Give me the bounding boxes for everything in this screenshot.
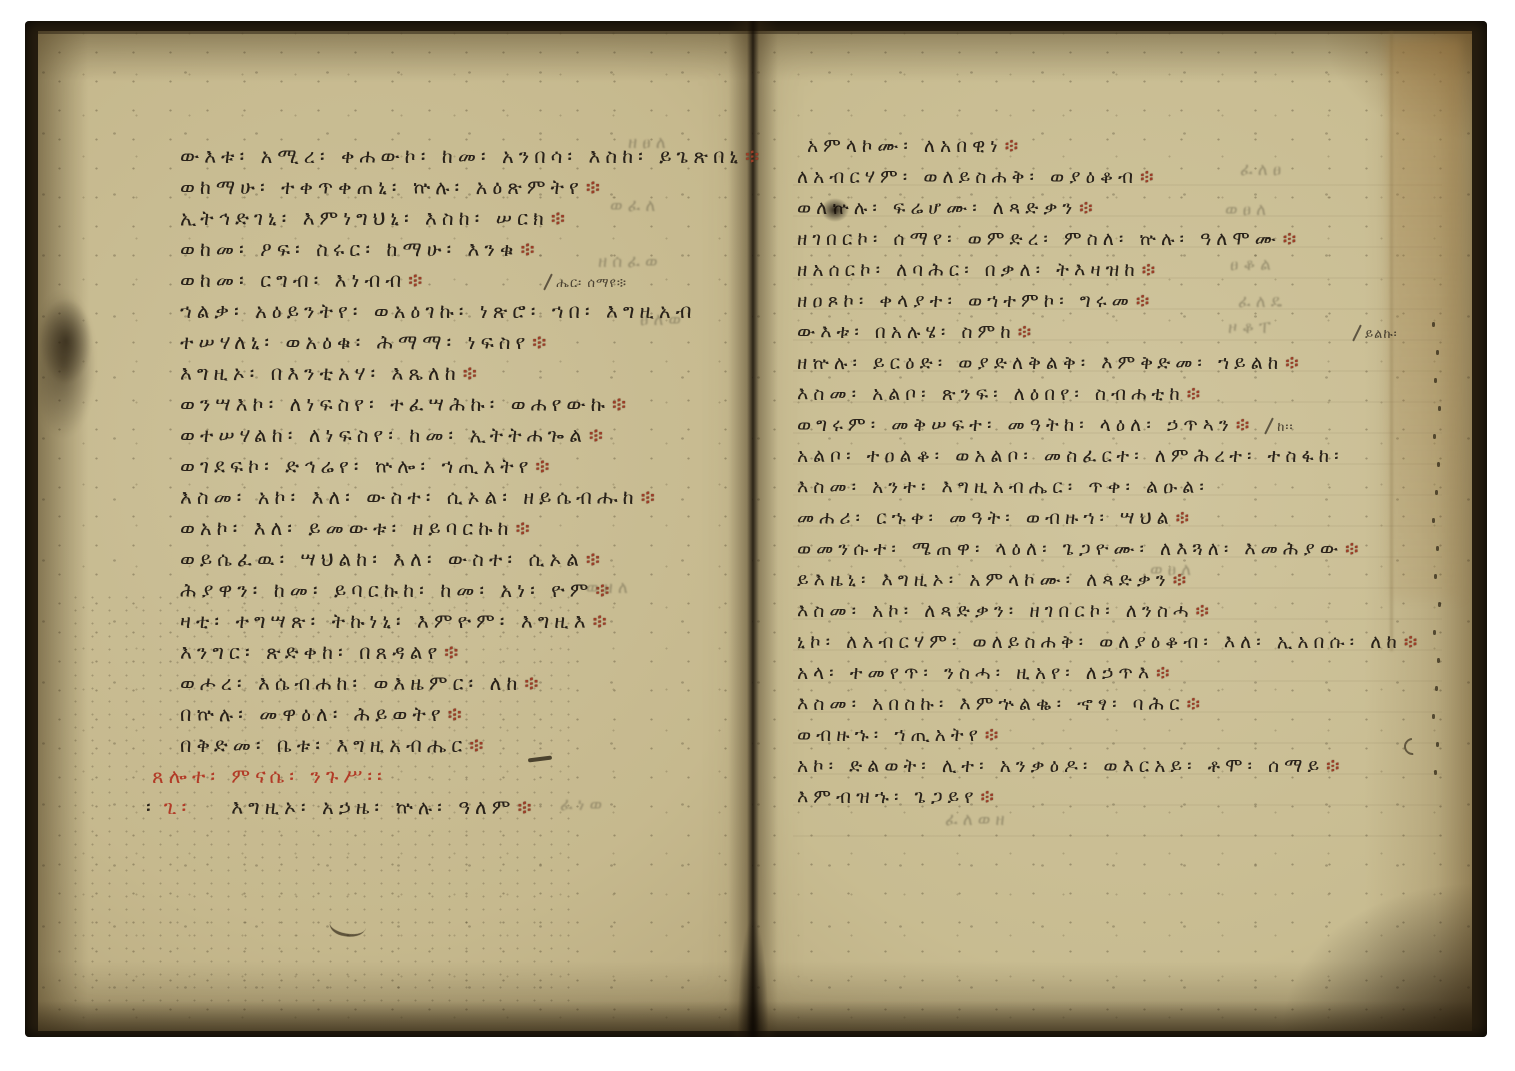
- text-line: ወከመ፡ ርግብ፡ እነብብ፨ሔር፡ ሰማየ፨: [180, 267, 760, 298]
- text-line: ወብዙኁ፡ ኀጢአትየ፨: [797, 722, 1457, 753]
- geez-text: በኵሉ፡ መዋዕለ፡ ሕይወትየ: [180, 702, 446, 726]
- verse-end-mark: ፨: [1136, 290, 1154, 312]
- geez-text: ወከመ፡ ዖፍ፡ ስሩር፡ ከማሁ፡ እንቁ: [180, 237, 519, 261]
- geez-text: እምብዝኁ፡ ጌጋይየ: [797, 786, 979, 808]
- geez-text: እግዚኦ፡ አኃዜ፡ ኵሉ፡ ዓለም: [231, 795, 515, 819]
- prick-mark: [1434, 574, 1437, 579]
- verse-end-mark: ፨: [745, 144, 764, 168]
- verse-end-mark: ፨: [469, 733, 488, 757]
- text-line: ዘዐጾኮ፡ ቀላያተ፡ ወኀተምኮ፡ ግሩመ፨: [797, 288, 1457, 319]
- prick-mark: [1432, 322, 1435, 327]
- geez-text: ውእቱ፡ አሚረ፡ ቀሐውኮ፡ ከመ፡ አንበሳ፡ እስከ፡ ይጌጽበኒ: [180, 144, 743, 168]
- geez-text: ወገደፍኮ፡ ድኅሬየ፡ ኵሎ፡ ኀጢአትየ: [180, 454, 533, 478]
- red-initial-numeral: ጊ፡: [164, 795, 192, 819]
- edge-stain-dark: [40, 299, 92, 383]
- verse-end-mark: ፨: [1326, 755, 1344, 777]
- line-prefix-mark: ፡: [146, 795, 156, 819]
- verse-end-mark: ፨: [1173, 569, 1191, 591]
- text-line: ወአኮ፡ እለ፡ ይመውቱ፡ ዘይባርኩከ፨: [180, 515, 760, 546]
- text-line: ወሖረ፡ እሴብሐከ፡ ወእዜምር፡ ለከ፨: [180, 670, 760, 701]
- text-line: ኢትኅድገኒ፡ እምነግህኒ፡ እስከ፡ ሠርክ፨: [180, 205, 760, 236]
- verse-end-mark: ፨: [1176, 507, 1194, 529]
- verse-end-mark: ፨: [1079, 197, 1097, 219]
- geez-text: እስመ፡ አኮ፡ ለጻድቃን፡ ዘገበርኮ፡ ለንስሓ: [797, 600, 1194, 622]
- text-line: ኒኮ፡ ለአብርሃም፡ ወለይስሐቅ፡ ወለያዕቆብ፡ እለ፡ ኢአበሱ፡ ለከ…: [797, 629, 1457, 660]
- page-top-edge: [38, 31, 753, 34]
- text-line: ውእቱ፡ በአሉሄ፡ ስምከ፨ይልኩ፡: [797, 319, 1457, 350]
- text-line: ወተሠሃልከ፡ ለነፍስየ፡ ከመ፡ ኢትትሐጐል፨: [180, 422, 760, 453]
- geez-text: ኒኮ፡ ለአብርሃም፡ ወለይስሐቅ፡ ወለያዕቆብ፡ እለ፡ ኢአበሱ፡ ለከ: [797, 631, 1402, 653]
- corner-stain-bottom-right: [1202, 821, 1472, 1031]
- text-line: አላ፡ ተመየጥ፡ ንስሓ፡ ዚአየ፡ ለኃጥእ፨: [797, 660, 1457, 691]
- text-line: እስመ፡ አኮ፡ ለጻድቃን፡ ዘገበርኮ፡ ለንስሓ፨: [797, 598, 1457, 629]
- geez-text: ወተሠሃልከ፡ ለነፍስየ፡ ከመ፡ ኢትትሐጐል: [180, 423, 587, 447]
- text-line: ፡ጊ፡እግዚኦ፡ አኃዜ፡ ኵሉ፡ ዓለም፨: [146, 794, 760, 825]
- verse-end-mark: ፨: [595, 578, 614, 602]
- verse-end-mark: ፨: [1283, 228, 1301, 250]
- text-line: በኵሉ፡ መዋዕለ፡ ሕይወትየ፨: [180, 701, 760, 732]
- verse-end-mark: ፨: [463, 361, 482, 385]
- geez-text: አልቦ፡ ተዐልቆ፡ ወአልቦ፡ መስፈርተ፡ ለምሕረተ፡ ተስፋከ፡: [797, 445, 1344, 467]
- verse-end-mark: ፨: [1196, 600, 1214, 622]
- verse-end-mark: ፨: [1404, 631, 1422, 653]
- geez-text: ወንሣእኮ፡ ለነፍስየ፡ ተፈሣሕኩ፡ ወሐየውኩ: [180, 392, 610, 416]
- text-line: እንግር፡ ጽድቀከ፡ በጸዳልየ፨: [180, 639, 760, 670]
- text-line: ለአብርሃም፡ ወለይስሐቅ፡ ወያዕቆብ፨: [797, 164, 1457, 195]
- verse-end-mark: ፨: [1345, 538, 1363, 560]
- text-line: አልቦ፡ ተዐልቆ፡ ወአልቦ፡ መስፈርተ፡ ለምሕረተ፡ ተስፋከ፡: [797, 443, 1457, 474]
- text-line: ሕያዋን፡ ከመ፡ ይባርኩከ፡ ከመ፡ አነ፡ ዮም፨: [180, 577, 760, 608]
- edge-stain: [38, 269, 130, 479]
- verse-end-mark: ፨: [1142, 259, 1160, 281]
- verse-end-mark: ፨: [444, 640, 463, 664]
- prick-marks-column: [1432, 322, 1448, 822]
- insertion-mark-icon: [1352, 324, 1362, 341]
- geez-text: ወከማሁ፡ ተቀጥቀጠኒ፡ ኵሉ፡ አዕጽምትየ: [180, 175, 584, 199]
- prick-mark: [1438, 406, 1441, 411]
- marginal-correction: ይልኩ፡: [1356, 327, 1398, 342]
- prick-mark: [1436, 546, 1439, 551]
- verse-end-mark: ፨: [1187, 383, 1205, 405]
- text-line: እምብዝኁ፡ ጌጋይየ፨: [797, 784, 1457, 815]
- text-line: አምላኮሙ፡ ለአበዊነ፨: [807, 133, 1457, 164]
- text-line: እስመ፡ አልቦ፡ ጽንፍ፡ ለዕበየ፡ ስብሐቲከ፨: [797, 381, 1457, 412]
- verse-end-mark: ፨: [535, 454, 554, 478]
- text-line: ዘአሰርኮ፡ ለባሕር፡ በቃለ፡ ትእዛዝከ፨: [797, 257, 1457, 288]
- geez-text: ለአብርሃም፡ ወለይስሐቅ፡ ወያዕቆብ: [797, 166, 1138, 188]
- prick-mark: [1435, 490, 1438, 495]
- geez-text: ውእቱ፡ በአሉሄ፡ ስምከ: [797, 321, 1016, 343]
- geez-text: መሐሪ፡ ርኁቀ፡ መዓት፡ ወብዙኀ፡ ሣህል: [797, 507, 1174, 529]
- bottom-edge-shadow: [38, 1001, 753, 1031]
- verse-end-mark: ፨: [612, 392, 631, 416]
- marginal-correction: ከ፡፡: [1268, 420, 1293, 435]
- text-line: ዘገበርኮ፡ ሰማየ፡ ወምድረ፡ ምስለ፡ ኵሉ፡ ዓለሞሙ፨: [797, 226, 1457, 257]
- text-line: ወይሴፈዉ፡ ሣህልከ፡ እለ፡ ውስተ፡ ሲኦል፨: [180, 546, 760, 577]
- geez-text: ዘኵሉ፡ ይርዕድ፡ ወያድለቅልቅ፡ እምቅድመ፡ ኀይልከ: [797, 352, 1283, 374]
- verse-end-mark: ፨: [551, 206, 570, 230]
- text-line: መሐሪ፡ ርኁቀ፡ መዓት፡ ወብዙኀ፡ ሣህል፨: [797, 505, 1457, 536]
- geez-text: ይእዜኒ፡ እግዚኦ፡ አምላኮሙ፡ ለጻድቃን: [797, 569, 1171, 591]
- geez-text: በቅድመ፡ ቤቱ፡ እግዚአብሔር: [180, 733, 467, 757]
- geez-text: ተሠሃለኒ፡ ወአዕቁ፡ ሕማማ፡ ነፍስየ: [180, 330, 530, 354]
- verse-end-mark: ፨: [1285, 352, 1303, 374]
- geez-text: ዘአሰርኮ፡ ለባሕር፡ በቃለ፡ ትእዛዝከ: [797, 259, 1140, 281]
- text-line: ወለኵሉ፡ ፍሬሆሙ፡ ለጻድቃን፨: [797, 195, 1457, 226]
- verse-end-mark: ፨: [589, 423, 608, 447]
- marginal-text: ከ፡፡: [1277, 420, 1293, 435]
- prick-mark: [1437, 658, 1440, 663]
- prick-mark: [1432, 714, 1435, 719]
- geez-text: ኢትኅድገኒ፡ እምነግህኒ፡ እስከ፡ ሠርክ: [180, 206, 549, 230]
- geez-text: ወከመ፡ ርግብ፡ እነብብ: [180, 268, 406, 292]
- verse-end-mark: ፨: [981, 786, 999, 808]
- geez-text: ጸሎተ፡ ምናሴ፡ ንጉሥ፡፡: [152, 764, 387, 788]
- geez-text: እስመ፡ አበስኩ፡ እምኍልቈ፡ ኆፃ፡ ባሕር: [797, 693, 1185, 715]
- prick-mark: [1434, 378, 1437, 383]
- manuscript-photo: ውእቱ፡ አሚረ፡ ቀሐውኮ፡ ከመ፡ አንበሳ፡ እስከ፡ ይጌጽበኒ፨ወከማ…: [0, 0, 1515, 1071]
- text-line: እስመ፡ አንተ፡ እግዚአብሔር፡ ጥቀ፡ ልዑል፡: [797, 474, 1457, 505]
- prick-mark: [1438, 602, 1441, 607]
- marginal-text: ሔር፡ ሰማየ፨: [556, 276, 627, 291]
- verse-end-mark: ፨: [524, 671, 543, 695]
- verse-end-mark: ፨: [1140, 166, 1158, 188]
- bottom-edge-shadow: [753, 1001, 1472, 1031]
- page-top-edge: [753, 31, 1472, 34]
- geez-text: እስመ፡ አኮ፡ እለ፡ ውስተ፡ ሲኦል፡ ዘይሴብሑከ: [180, 485, 639, 509]
- prick-mark: [1433, 630, 1436, 635]
- prick-mark: [1436, 742, 1439, 747]
- verse-end-mark: ፨: [1156, 662, 1174, 684]
- right-text-block: አምላኮሙ፡ ለአበዊነ፨ለአብርሃም፡ ወለይስሐቅ፡ ወያዕቆብ፨ወለኵሉ፡…: [797, 133, 1457, 815]
- text-line: እስመ፡ አበስኩ፡ እምኍልቈ፡ ኆፃ፡ ባሕር፨: [797, 691, 1457, 722]
- text-line: ተሠሃለኒ፡ ወአዕቁ፡ ሕማማ፡ ነፍስየ፨: [180, 329, 760, 360]
- prick-mark: [1434, 770, 1437, 775]
- text-line: እግዚኦ፡ በእንቲአሃ፡ እጼለከ፨: [180, 360, 760, 391]
- geez-text: እግዚኦ፡ በእንቲአሃ፡ እጼለከ: [180, 361, 461, 385]
- verse-end-mark: ፨: [1236, 414, 1254, 436]
- verse-end-mark: ፨: [1018, 321, 1036, 343]
- marginal-correction: ሔር፡ ሰማየ፨: [547, 276, 627, 291]
- text-line: ወንሣእኮ፡ ለነፍስየ፡ ተፈሣሕኩ፡ ወሐየውኩ፨: [180, 391, 760, 422]
- text-line: ወከማሁ፡ ተቀጥቀጠኒ፡ ኵሉ፡ አዕጽምትየ፨: [180, 174, 760, 205]
- verse-end-mark: ፨: [586, 547, 605, 571]
- text-line: ዘኵሉ፡ ይርዕድ፡ ወያድለቅልቅ፡ እምቅድመ፡ ኀይልከ፨: [797, 350, 1457, 381]
- verse-end-mark: ፨: [593, 609, 612, 633]
- geez-text: እስመ፡ አልቦ፡ ጽንፍ፡ ለዕበየ፡ ስብሐቲከ: [797, 383, 1185, 405]
- prick-mark: [1437, 462, 1440, 467]
- prick-mark: [1435, 686, 1438, 691]
- text-line: ኀልቃ፡ አዕይንትየ፡ ወአዕገኩ፡ ነጽሮ፡ ኀበ፡ እግዚአብ: [180, 298, 760, 329]
- prick-mark: [1433, 434, 1436, 439]
- geez-text: ወሖረ፡ እሴብሐከ፡ ወእዜምር፡ ለከ: [180, 671, 522, 695]
- marginal-text: ይልኩ፡: [1365, 327, 1398, 342]
- insertion-mark-icon: [1264, 417, 1274, 434]
- geez-text: እስመ፡ አንተ፡ እግዚአብሔር፡ ጥቀ፡ ልዑል፡: [797, 476, 1209, 498]
- text-line: ውእቱ፡ አሚረ፡ ቀሐውኮ፡ ከመ፡ አንበሳ፡ እስከ፡ ይጌጽበኒ፨: [180, 143, 760, 174]
- verse-end-mark: ፨: [517, 795, 536, 819]
- text-line: እስመ፡ አኮ፡ እለ፡ ውስተ፡ ሲኦል፡ ዘይሴብሑከ፨: [180, 484, 760, 515]
- text-line: ይእዜኒ፡ እግዚኦ፡ አምላኮሙ፡ ለጻድቃን፨: [797, 567, 1457, 598]
- geez-text: አምላኮሙ፡ ለአበዊነ: [807, 135, 1003, 157]
- geez-text: ኀልቃ፡ አዕይንትየ፡ ወአዕገኩ፡ ነጽሮ፡ ኀበ፡ እግዚአብ: [180, 299, 697, 323]
- geez-text: አላ፡ ተመየጥ፡ ንስሓ፡ ዚአየ፡ ለኃጥእ: [797, 662, 1154, 684]
- ink-blot: [821, 198, 849, 222]
- text-line: ወግሩም፡ መቅሠፍተ፡ መዓትከ፡ ላዕለ፡ ኃጥኣን፨ከ፡፡: [797, 412, 1457, 443]
- text-line: አኮ፡ ድልወት፡ ሊተ፡ አንቃዕዶ፡ ወእርአይ፡ ቶሞ፡ ሰማይ፨: [797, 753, 1457, 784]
- verse-end-mark: ፨: [641, 485, 660, 509]
- geez-text: ዛቲ፡ ተግሣጽ፡ ትኩነኒ፡ እምዮም፡ እግዚእ: [180, 609, 591, 633]
- text-line: ወገደፍኮ፡ ድኅሬየ፡ ኵሎ፡ ኀጢአትየ፨: [180, 453, 760, 484]
- verse-end-mark: ፨: [1005, 135, 1023, 157]
- text-line: ዛቲ፡ ተግሣጽ፡ ትኩነኒ፡ እምዮም፡ እግዚእ፨: [180, 608, 760, 639]
- geez-text: ወአኮ፡ እለ፡ ይመውቱ፡ ዘይባርኩከ: [180, 516, 514, 540]
- left-text-block: ውእቱ፡ አሚረ፡ ቀሐውኮ፡ ከመ፡ አንበሳ፡ እስከ፡ ይጌጽበኒ፨ወከማ…: [180, 143, 760, 825]
- geez-text: ዘዐጾኮ፡ ቀላያተ፡ ወኀተምኮ፡ ግሩመ: [797, 290, 1134, 312]
- verse-end-mark: ፨: [408, 268, 427, 292]
- geez-text: እንግር፡ ጽድቀከ፡ በጸዳልየ: [180, 640, 442, 664]
- verse-end-mark: ፨: [516, 516, 535, 540]
- text-line: ወከመ፡ ዖፍ፡ ስሩር፡ ከማሁ፡ እንቁ፨: [180, 236, 760, 267]
- verse-end-mark: ፨: [532, 330, 551, 354]
- text-line: በቅድመ፡ ቤቱ፡ እግዚአብሔር፨: [180, 732, 760, 763]
- prick-mark: [1432, 518, 1435, 523]
- geez-text: ሕያዋን፡ ከመ፡ ይባርኩከ፡ ከመ፡ አነ፡ ዮም: [180, 578, 593, 602]
- prick-mark: [1436, 350, 1439, 355]
- text-line: ወመንሱተ፡ ሜጠዋ፡ ላዕለ፡ ጌጋዮሙ፡ ለእጓለ፡ እመሕያው፨: [797, 536, 1457, 567]
- verse-end-mark: ፨: [985, 724, 1003, 746]
- geez-text: ዘገበርኮ፡ ሰማየ፡ ወምድረ፡ ምስለ፡ ኵሉ፡ ዓለሞሙ: [797, 228, 1281, 250]
- verse-end-mark: ፨: [586, 175, 605, 199]
- geez-text: ወብዙኁ፡ ኀጢአትየ: [797, 724, 983, 746]
- verse-end-mark: ፨: [1187, 693, 1205, 715]
- geez-text: ወመንሱተ፡ ሜጠዋ፡ ላዕለ፡ ጌጋዮሙ፡ ለእጓለ፡ እመሕያው: [797, 538, 1343, 560]
- geez-text: ወግሩም፡ መቅሠፍተ፡ መዓትከ፡ ላዕለ፡ ኃጥኣን: [797, 414, 1234, 436]
- insertion-mark-icon: [543, 273, 553, 290]
- verse-end-mark: ፨: [448, 702, 467, 726]
- geez-text: አኮ፡ ድልወት፡ ሊተ፡ አንቃዕዶ፡ ወእርአይ፡ ቶሞ፡ ሰማይ: [797, 755, 1324, 777]
- rubric-line: ጸሎተ፡ ምናሴ፡ ንጉሥ፡፡: [152, 763, 760, 794]
- geez-text: ወይሴፈዉ፡ ሣህልከ፡ እለ፡ ውስተ፡ ሲኦል: [180, 547, 584, 571]
- verse-end-mark: ፨: [521, 237, 540, 261]
